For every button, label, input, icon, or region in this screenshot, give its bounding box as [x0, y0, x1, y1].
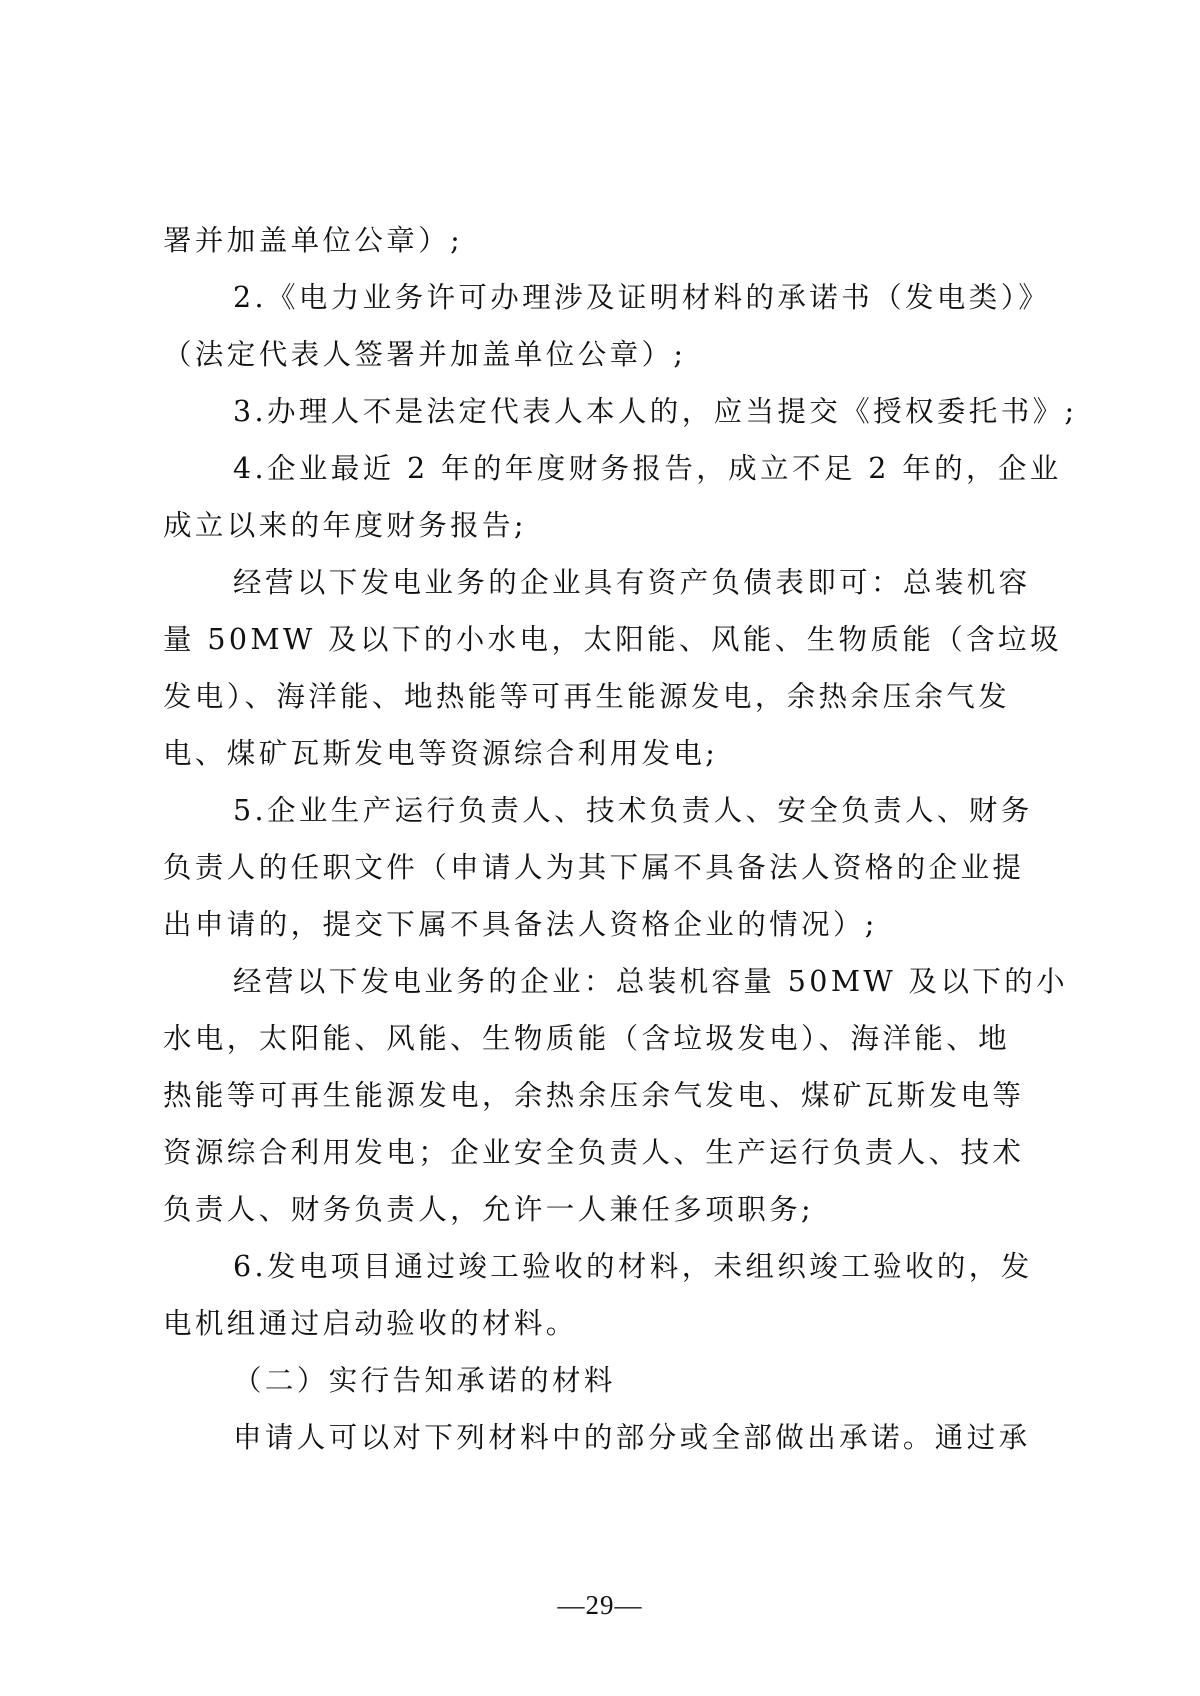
text-line: （法定代表人签署并加盖单位公章）; [163, 326, 1043, 383]
text-line: 出申请的，提交下属不具备法人资格企业的情况）; [163, 896, 1043, 953]
text-line: 发电）、海洋能、地热能等可再生能源发电，余热余压余气发 [163, 668, 1043, 725]
document-body: 署并加盖单位公章）; 2.《电力业务许可办理涉及证明材料的承诺书（发电类）》 （… [163, 212, 1043, 1466]
text-line: 电、煤矿瓦斯发电等资源综合利用发电; [163, 725, 1043, 782]
text-line: 负责人的任职文件（申请人为其下属不具备法人资格的企业提 [163, 839, 1043, 896]
page-number: —29— [0, 1590, 1200, 1621]
text-line: 水电，太阳能、风能、生物质能（含垃圾发电）、海洋能、地 [163, 1010, 1043, 1067]
list-item-5: 5.企业生产运行负责人、技术负责人、安全负责人、财务 [163, 782, 1043, 839]
text-line: 电机组通过启动验收的材料。 [163, 1295, 1043, 1352]
text-line: 成立以来的年度财务报告; [163, 497, 1043, 554]
section-heading: （二）实行告知承诺的材料 [163, 1352, 1043, 1409]
list-item-4: 4.企业最近 2 年的年度财务报告，成立不足 2 年的，企业 [163, 440, 1043, 497]
text-line: 热能等可再生能源发电，余热余压余气发电、煤矿瓦斯发电等 [163, 1067, 1043, 1124]
text-line: 负责人、财务负责人，允许一人兼任多项职务; [163, 1181, 1043, 1238]
text-line: 资源综合利用发电；企业安全负责人、生产运行负责人、技术 [163, 1124, 1043, 1181]
list-item-6: 6.发电项目通过竣工验收的材料，未组织竣工验收的，发 [163, 1238, 1043, 1295]
text-line: 署并加盖单位公章）; [163, 212, 1043, 269]
text-line: 量 50MW 及以下的小水电，太阳能、风能、生物质能（含垃圾 [163, 611, 1043, 668]
paragraph-start: 经营以下发电业务的企业：总装机容量 50MW 及以下的小 [163, 953, 1043, 1010]
list-item-3: 3.办理人不是法定代表人本人的，应当提交《授权委托书》; [163, 383, 1043, 440]
paragraph-start: 经营以下发电业务的企业具有资产负债表即可：总装机容 [163, 554, 1043, 611]
list-item-2: 2.《电力业务许可办理涉及证明材料的承诺书（发电类）》 [163, 269, 1043, 326]
document-page: 署并加盖单位公章）; 2.《电力业务许可办理涉及证明材料的承诺书（发电类）》 （… [0, 0, 1200, 1696]
paragraph-start: 申请人可以对下列材料中的部分或全部做出承诺。通过承 [163, 1409, 1043, 1466]
